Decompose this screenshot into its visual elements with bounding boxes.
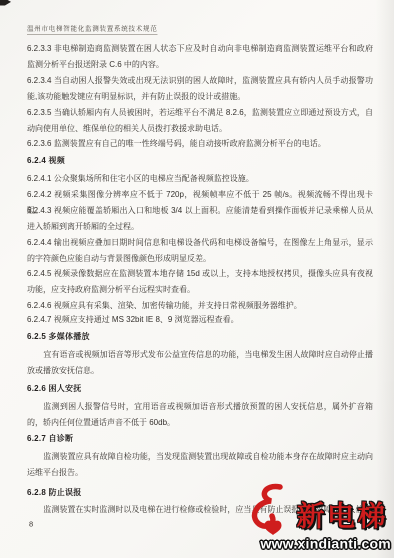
doc-paragraph-6235: 6.2.3.5 当确认轿厢内有人员被困时，若运维平台不满足 8.2.6，监测装置… — [27, 105, 373, 137]
scan-edge-shadow — [376, 0, 394, 558]
doc-paragraph-6241: 6.2.4.1 公众聚集场所和住宅小区的电梯应当配备视频监控设施。 — [27, 171, 373, 187]
document-header: 温州市电梯智能化监测装置系统技术规范 — [27, 23, 158, 35]
section-heading-624: 6.2.4 视频 — [27, 153, 373, 169]
brand-name: 新电梯 — [297, 494, 389, 534]
page-number: 8 — [29, 520, 33, 529]
doc-paragraph-626: 监测到困人报警信号时，宜用语音或视频加语音形式播放预置的困人安抚信息，属外扩音箱… — [27, 399, 373, 431]
doc-paragraph-6234: 6.2.3.4 当自动困人报警失效或出现无法识别的困人故障时，监测装置应具有轿内… — [27, 73, 373, 105]
section-heading-625: 6.2.5 多媒体播放 — [27, 329, 373, 345]
doc-paragraph-627: 监测装置应具有故障自检功能，当发现监测装置出现故障或自检功能本身存在故障时应主动… — [27, 449, 373, 481]
brand-url: www.xindianti.com — [260, 536, 391, 552]
section-heading-626: 6.2.6 困人安抚 — [27, 381, 373, 397]
doc-paragraph-6233: 6.2.3.3 非电梯制造商监测装置在困人状态下应及时自动向非电梯制造商监测装置… — [27, 41, 373, 73]
brand-ribbon-figure-icon — [247, 483, 290, 541]
doc-paragraph-6247: 6.2.4.7 视频应支持通过 MS 32bit IE 8、9 浏览器远程查看。 — [27, 312, 373, 328]
doc-paragraph-6245: 6.2.4.5 视频录像数据应在监测装置本地存储 15d 或以上，支持本地授权拷… — [27, 266, 373, 298]
watermark-logo: 新电梯 www.xindianti.com — [248, 487, 391, 552]
section-heading-627: 6.2.7 自诊断 — [27, 431, 373, 447]
doc-paragraph-6243: 6.2.4.3 视频应能覆盖轿厢出入口和地板 3/4 以上面积。应能清楚看到操作… — [27, 203, 373, 235]
doc-paragraph-625: 宜有语音或视频加语音等形式发布公益宣传信息的功能，当电梯发生困人故障时应自动停止… — [27, 347, 373, 379]
scanned-document-page: 温州市电梯智能化监测装置系统技术规范 6.2.3.3 非电梯制造商监测装置在困人… — [0, 0, 394, 558]
scan-corner-artifact — [0, 0, 11, 6]
doc-paragraph-6244: 6.2.4.4 输出视频应叠加日期时间信息和电梯设备代码和电梯设备编号，在图像左… — [27, 235, 373, 267]
doc-paragraph-6236: 6.2.3.6 监测装置应有自己的唯一性终端号码，能自动接听政府监测分析平台的电… — [27, 136, 373, 152]
